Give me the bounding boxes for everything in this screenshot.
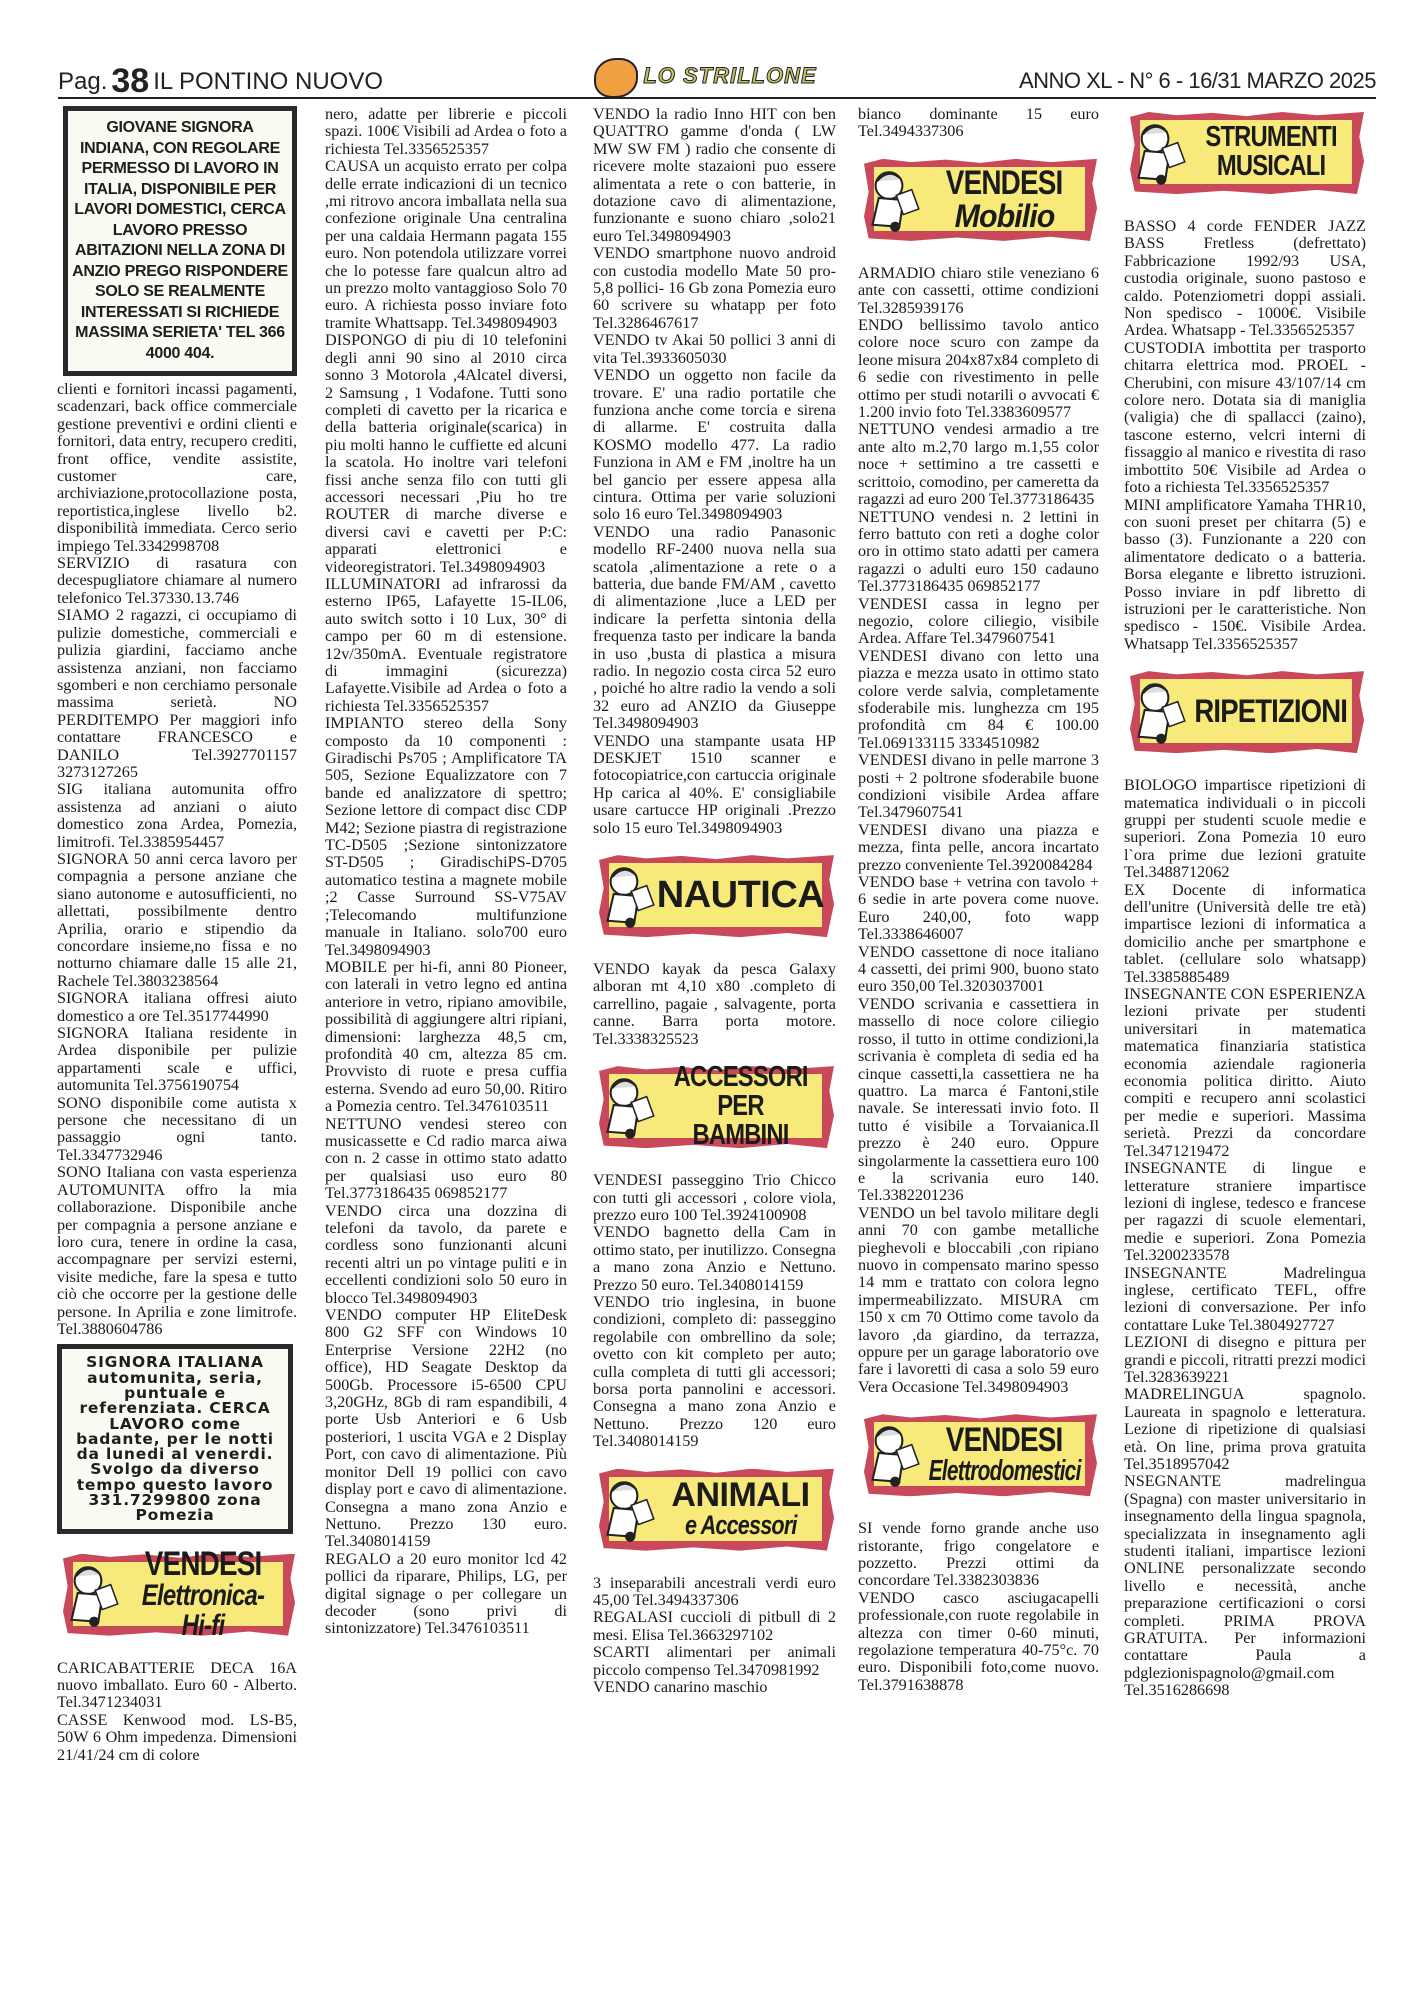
classified-ad: CARICABATTERIE DECA 16A nuovo imballato.… [57, 1660, 297, 1712]
newsboy-mascot-icon [57, 1558, 119, 1630]
classified-ad: SIGNORA italiana offresi aiuto domestico… [57, 990, 297, 1025]
boxed-ad-badante: SIGNORA ITALIANA automunita, seria, punt… [57, 1344, 293, 1533]
classified-ad: NETTUNO vendesi stereo con musicassette … [325, 1116, 567, 1203]
classified-ad: SIAMO 2 ragazzi, ci occupiamo di pulizie… [57, 607, 297, 781]
classified-ad: CAUSA un acquisto errato per colpa delle… [325, 158, 567, 332]
newsboy-mascot-icon [1124, 675, 1186, 747]
classified-ad: VENDO un bel tavolo militare degli anni … [858, 1205, 1099, 1396]
classified-ad: MADRELINGUA spagnolo. Laureata in spagno… [1124, 1386, 1366, 1473]
column-5: STRUMENTI MUSICALI BASSO 4 corde FENDER … [1124, 106, 1366, 1700]
classified-ad: VENDO kayak da pesca Galaxy alboran mt 4… [593, 961, 836, 1048]
newsboy-mascot-icon [593, 1473, 655, 1545]
classified-ad: VENDESI divano una piazza e mezza, finta… [858, 822, 1099, 874]
classified-ad: ILLUMINATORI ad infrarossi da esterno IP… [325, 576, 567, 715]
logo-text: LO STRILLONE [643, 63, 816, 89]
classified-ad: nero, adatte per librerie e piccoli spaz… [325, 106, 567, 158]
classified-ad: VENDO tv Akai 50 pollici 3 anni di vita … [593, 332, 836, 367]
classified-ad: VENDESI divano in pelle marrone 3 posti … [858, 752, 1099, 822]
banner-title: ACCESSORI [673, 1063, 807, 1092]
classified-ad: bianco dominante 15 euro Tel.3494337306 [858, 106, 1099, 141]
classified-ad: BASSO 4 corde FENDER JAZZ BASS Fretless … [1124, 218, 1366, 340]
classified-ad: EX Docente di informatica dell'unitre (U… [1124, 882, 1366, 986]
classified-ad: VENDO un oggetto non facile da trovare. … [593, 367, 836, 524]
newsboy-mascot-icon [593, 1070, 655, 1142]
classified-ad: VENDO una stampante usata HP DESKJET 151… [593, 733, 836, 837]
page-header: Pag.38IL PONTINO NUOVO LO STRILLONE ANNO… [58, 62, 1376, 96]
classified-ad: CASSE Kenwood mod. LS-B5, 50W 6 Ohm impe… [57, 1712, 297, 1764]
banner-subtitle: Elettronica-Hi-fi [137, 1581, 268, 1641]
banner-title: RIPETIZIONI [1195, 695, 1348, 727]
newsboy-mascot-icon [858, 163, 920, 235]
classified-ad: NSEGNANTE madrelingua (Spagna) con maste… [1124, 1473, 1366, 1699]
classified-ad: VENDO cassettone di noce italiano 4 cass… [858, 944, 1099, 996]
classified-ad: REGALO a 20 euro monitor lcd 42 pollici … [325, 1551, 567, 1638]
section-banner-elettrodomestici: VENDESI Elettrodomestici [858, 1408, 1099, 1504]
classified-ad: VENDO computer HP EliteDesk 800 G2 SFF c… [325, 1307, 567, 1551]
banner-title: NAUTICA [657, 876, 824, 914]
banner-subtitle: PER BAMBINI [672, 1092, 809, 1150]
classified-ad: INSEGNANTE Madrelingua inglese, certific… [1124, 1265, 1366, 1335]
newsboy-icon [594, 58, 638, 98]
ads-list-lavoro: clienti e fornitori incassi pagamenti, s… [57, 381, 297, 1338]
classified-ad: CUSTODIA imbottita per trasporto chitarr… [1124, 340, 1366, 497]
classified-ad: IMPIANTO stereo della Sony composto da 1… [325, 715, 567, 959]
classified-ad: SIGNORA 50 anni cerca lavoro per compagn… [57, 851, 297, 990]
classified-ad: REGALASI cuccioli di pitbull di 2 mesi. … [593, 1609, 836, 1644]
classified-ad: SERVIZIO di rasatura con decespugliatore… [57, 555, 297, 607]
column-2: nero, adatte per librerie e piccoli spaz… [325, 106, 567, 1638]
classified-ad: MOBILE per hi-fi, anni 80 Pioneer, con l… [325, 959, 567, 1116]
classified-ad: BIOLOGO impartisce ripetizioni di matema… [1124, 777, 1366, 881]
banner-title: VENDESI [946, 1423, 1063, 1457]
classified-ad: SIGNORA Italiana residente in Ardea disp… [57, 1025, 297, 1095]
classified-ad: 3 inseparabili ancestrali verdi euro 45,… [593, 1575, 836, 1610]
classified-ad: SIG italiana automunita offro assistenza… [57, 781, 297, 851]
banner-subtitle: e Accessori [685, 1512, 797, 1539]
section-banner-elettronica: VENDESI Elettronica-Hi-fi [57, 1548, 297, 1644]
section-banner-strumenti: STRUMENTI MUSICALI [1124, 106, 1366, 202]
column-3: VENDO la radio Inno HIT con ben QUATTRO … [593, 106, 836, 1696]
classified-ad: clienti e fornitori incassi pagamenti, s… [57, 381, 297, 555]
page-label: Pag. [58, 68, 107, 95]
section-banner-animali: ANIMALI e Accessori [593, 1463, 836, 1559]
banner-title: STRUMENTI [1205, 123, 1336, 152]
classified-ad: INSEGNANTE CON ESPERIENZA lezioni privat… [1124, 986, 1366, 1160]
column-1: GIOVANE SIGNORA INDIANA, CON REGOLARE PE… [57, 106, 297, 1764]
classified-ad: NETTUNO vendesi n. 2 lettini in ferro ba… [858, 509, 1099, 596]
classified-ad: VENDO circa una dozzina di telefoni da t… [325, 1203, 567, 1307]
banner-subtitle: MUSICALI [1217, 152, 1325, 181]
section-banner-bambini: ACCESSORI PER BAMBINI [593, 1060, 836, 1156]
boxed-ad-indiana: GIOVANE SIGNORA INDIANA, CON REGOLARE PE… [63, 106, 297, 376]
classified-ad: VENDESI divano con letto una piazza e me… [858, 648, 1099, 752]
classified-ad: VENDO scrivania e cassettiera in massell… [858, 996, 1099, 1205]
banner-subtitle: Elettrodomestici [928, 1457, 1080, 1486]
classified-ad: SI vende forno grande anche uso ristoran… [858, 1520, 1099, 1590]
classified-ad: VENDO bagnetto della Cam in ottimo stato… [593, 1224, 836, 1294]
classified-ad: VENDESI cassa in legno per negozio, colo… [858, 596, 1099, 648]
classified-ad: ENDO bellissimo tavolo antico colore noc… [858, 317, 1099, 421]
banner-subtitle: Mobilio [955, 200, 1055, 232]
newsboy-mascot-icon [858, 1418, 920, 1490]
classified-ad: INSEGNANTE di lingue e letterature stran… [1124, 1160, 1366, 1264]
header-divider [58, 97, 1376, 99]
classified-ad: VENDESI passeggino Trio Chicco con tutti… [593, 1172, 836, 1224]
classified-ad: ARMADIO chiaro stile veneziano 6 ante co… [858, 265, 1099, 317]
section-banner-ripetizioni: RIPETIZIONI [1124, 665, 1366, 761]
classified-ad: VENDO la radio Inno HIT con ben QUATTRO … [593, 106, 836, 245]
classified-ad: MINI amplificatore Yamaha THR10, con suo… [1124, 497, 1366, 654]
classified-ad: VENDO smartphone nuovo android con custo… [593, 245, 836, 332]
classified-ad: DISPONGO di piu di 10 telefonini degli a… [325, 332, 567, 576]
section-banner-nautica: NAUTICA [593, 849, 836, 945]
lo-strillone-logo: LO STRILLONE [588, 54, 838, 98]
classified-ad: SONO disponibile come autista x persone … [57, 1095, 297, 1165]
classified-ad: VENDO trio inglesina, in buone condizion… [593, 1294, 836, 1451]
classified-ad: VENDO una radio Panasonic modello RF-240… [593, 524, 836, 733]
banner-title: VENDESI [946, 166, 1063, 200]
section-banner-mobilio: VENDESI Mobilio [858, 153, 1099, 249]
page-number-block: Pag.38IL PONTINO NUOVO [58, 62, 383, 101]
classified-ad: VENDO casco asciugacapelli professionale… [858, 1590, 1099, 1694]
ads-list-elettronica: CARICABATTERIE DECA 16A nuovo imballato.… [57, 1660, 297, 1764]
classified-ad: VENDO base + vetrina con tavolo + 6 sedi… [858, 874, 1099, 944]
newsboy-mascot-icon [593, 859, 655, 931]
publication-name: IL PONTINO NUOVO [153, 68, 383, 95]
banner-title: VENDESI [145, 1547, 262, 1581]
classified-ad: VENDO canarino maschio [593, 1679, 836, 1696]
page-number: 38 [111, 62, 149, 100]
issue-info: ANNO XL - N° 6 - 16/31 MARZO 2025 [1019, 68, 1376, 94]
newsboy-mascot-icon [1124, 116, 1186, 188]
classified-ad: NETTUNO vendesi armadio a tre ante alto … [858, 421, 1099, 508]
classified-ad: LEZIONI di disegno e pittura per grandi … [1124, 1334, 1366, 1386]
classified-ad: SCARTI alimentari per animali piccolo co… [593, 1644, 836, 1679]
banner-title: ANIMALI [671, 1478, 809, 1512]
column-4: bianco dominante 15 euro Tel.3494337306 … [858, 106, 1099, 1694]
classified-ad: SONO Italiana con vasta esperienza AUTOM… [57, 1164, 297, 1338]
